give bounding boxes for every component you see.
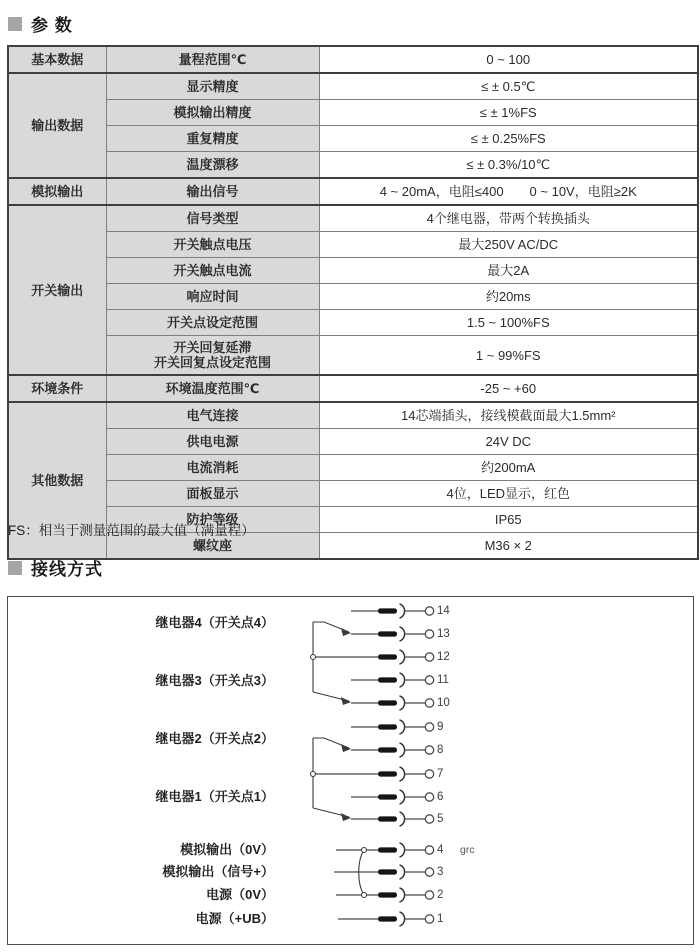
param-cell: 显示精度	[106, 73, 319, 100]
terminal-number-9: 9	[437, 719, 465, 735]
category-cell: 环境条件	[8, 375, 106, 402]
param-cell: 面板显示	[106, 481, 319, 507]
value-cell: 约200mA	[319, 455, 698, 481]
wiring-label-relay1: 继电器1（开关点1）	[68, 789, 274, 805]
value-cell: -25 ~ +60	[319, 375, 698, 402]
table-row: 其他数据 电气连接 14芯端插头，接线模截面最大1.5mm²	[8, 402, 698, 429]
param-cell: 供电电源	[106, 429, 319, 455]
wiring-label-power-0v: 电源（0V）	[68, 887, 274, 903]
terminal-number-12: 12	[437, 649, 465, 665]
table-row: 电流消耗 约200mA	[8, 455, 698, 481]
category-cell: 模拟输出	[8, 178, 106, 205]
param-cell: 开关点设定范围	[106, 310, 319, 336]
param-cell: 信号类型	[106, 205, 319, 232]
param-cell: 温度漂移	[106, 152, 319, 179]
section-title-wiring: 接线方式	[8, 555, 103, 580]
value-cell: 1.5 ~ 100%FS	[319, 310, 698, 336]
table-row: 供电电源 24V DC	[8, 429, 698, 455]
table-row: 开关回复延滞 开关回复点设定范围 1 ~ 99%FS	[8, 336, 698, 376]
param-cell: 电气连接	[106, 402, 319, 429]
value-cell: 4个继电器，带两个转换插头	[319, 205, 698, 232]
value-cell: 0 ~ 100	[319, 46, 698, 73]
param-cell: 环境温度范围℃	[106, 375, 319, 402]
terminal-number-6: 6	[437, 789, 465, 805]
square-bullet-icon	[8, 561, 22, 575]
table-row: 面板显示 4位，LED显示，红色	[8, 481, 698, 507]
table-row: 开关触点电压 最大250V AC/DC	[8, 232, 698, 258]
value-cell: 约20ms	[319, 284, 698, 310]
value-cell: 4位，LED显示，红色	[319, 481, 698, 507]
terminal4-note: grc	[460, 843, 475, 857]
terminal-number-3: 3	[437, 864, 465, 880]
param-cell: 电流消耗	[106, 455, 319, 481]
value-cell: ≤ ± 0.5℃	[319, 73, 698, 100]
table-row: 重复精度 ≤ ± 0.25%FS	[8, 126, 698, 152]
value-cell: ≤ ± 0.25%FS	[319, 126, 698, 152]
table-row: 开关点设定范围 1.5 ~ 100%FS	[8, 310, 698, 336]
terminal-number-11: 11	[437, 672, 465, 688]
wiring-label-relay2: 继电器2（开关点2）	[68, 731, 274, 747]
param-cell: 响应时间	[106, 284, 319, 310]
value-cell: 24V DC	[319, 429, 698, 455]
table-row: 模拟输出 输出信号 4 ~ 20mA，电阻≤400 0 ~ 10V，电阻≥2K	[8, 178, 698, 205]
table-row: 环境条件 环境温度范围℃ -25 ~ +60	[8, 375, 698, 402]
square-bullet-icon	[8, 17, 22, 31]
category-cell: 开关输出	[8, 205, 106, 375]
table-row: 模拟输出精度 ≤ ± 1%FS	[8, 100, 698, 126]
param-cell: 开关触点电流	[106, 258, 319, 284]
table-row: 基本数据 量程范围℃ 0 ~ 100	[8, 46, 698, 73]
value-cell: IP65	[319, 507, 698, 533]
table-row: 开关触点电流 最大2A	[8, 258, 698, 284]
relay-group-4-3-bracket	[311, 622, 352, 705]
param-cell: 重复精度	[106, 126, 319, 152]
terminal-connector-symbols	[378, 604, 434, 926]
value-cell: 最大250V AC/DC	[319, 232, 698, 258]
section-title-text: 接线方式	[31, 555, 103, 580]
wiring-label-analog-0v: 模拟输出（0V）	[68, 842, 274, 858]
wiring-label-relay4: 继电器4（开关点4）	[68, 615, 274, 631]
param-cell: 输出信号	[106, 178, 319, 205]
fs-footnote: FS：相当于测量范围的最大值（满量程）	[8, 519, 255, 539]
value-cell: 4 ~ 20mA，电阻≤400 0 ~ 10V，电阻≥2K	[319, 178, 698, 205]
value-cell: 14芯端插头，接线模截面最大1.5mm²	[319, 402, 698, 429]
section-title-parameters: 参 数	[8, 11, 73, 36]
terminal-number-1: 1	[437, 911, 465, 927]
table-row: 响应时间 约20ms	[8, 284, 698, 310]
category-cell: 基本数据	[8, 46, 106, 73]
terminal-number-7: 7	[437, 766, 465, 782]
value-cell: M36 × 2	[319, 533, 698, 560]
terminal-number-5: 5	[437, 811, 465, 827]
value-cell: ≤ ± 1%FS	[319, 100, 698, 126]
terminal-number-8: 8	[437, 742, 465, 758]
wiring-label-power-ub: 电源（+UB）	[68, 911, 274, 927]
terminal-lead-wires	[313, 611, 378, 919]
param-cell: 量程范围℃	[106, 46, 319, 73]
param-cell: 模拟输出精度	[106, 100, 319, 126]
param-cell: 开关触点电压	[106, 232, 319, 258]
table-row: 开关输出 信号类型 4个继电器，带两个转换插头	[8, 205, 698, 232]
section-title-text: 参 数	[31, 11, 73, 36]
wiring-label-relay3: 继电器3（开关点3）	[68, 673, 274, 689]
parameters-table: 基本数据 量程范围℃ 0 ~ 100 输出数据 显示精度 ≤ ± 0.5℃ 模拟…	[7, 45, 699, 560]
value-cell: 最大2A	[319, 258, 698, 284]
value-cell: 1 ~ 99%FS	[319, 336, 698, 376]
terminal-number-10: 10	[437, 695, 465, 711]
terminal-number-2: 2	[437, 887, 465, 903]
category-cell: 输出数据	[8, 73, 106, 178]
terminal-number-13: 13	[437, 626, 465, 642]
table-row: 输出数据 显示精度 ≤ ± 0.5℃	[8, 73, 698, 100]
relay-group-2-1-bracket	[311, 738, 352, 821]
param-cell: 开关回复延滞 开关回复点设定范围	[106, 336, 319, 376]
terminal-number-14: 14	[437, 603, 465, 619]
table-row: 温度漂移 ≤ ± 0.3%/10℃	[8, 152, 698, 179]
wiring-diagram: 继电器4（开关点4） 继电器3（开关点3） 继电器2（开关点2） 继电器1（开关…	[7, 596, 694, 945]
value-cell: ≤ ± 0.3%/10℃	[319, 152, 698, 179]
wiring-label-analog-signal: 模拟输出（信号+）	[68, 864, 274, 880]
